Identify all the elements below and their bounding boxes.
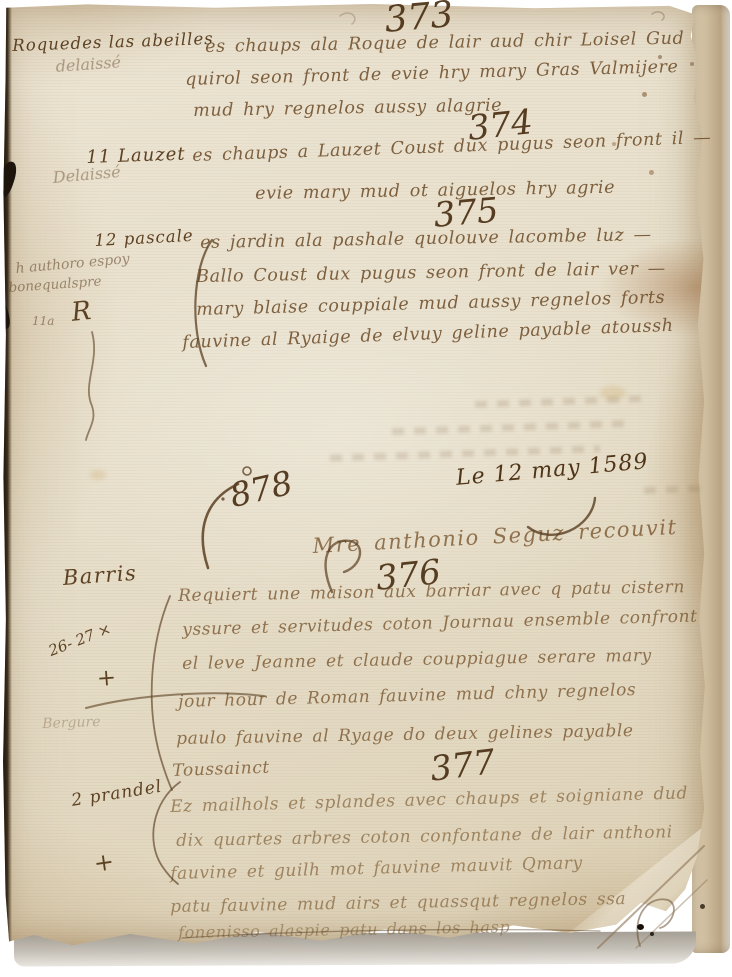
manuscript-line: Toussainct: [172, 758, 270, 781]
margin-initial: R: [70, 296, 93, 328]
stain: [600, 386, 626, 400]
margin-note: 11a: [32, 314, 54, 328]
margin-note: Bergure: [42, 714, 101, 732]
binding-edge: [2, 3, 12, 951]
ink-spot: [700, 904, 705, 909]
stain: [90, 470, 106, 480]
fox-spot: [649, 170, 654, 175]
ink-spot: [650, 932, 654, 936]
fox-spot: [612, 142, 616, 146]
entry-number: 377: [428, 742, 497, 790]
fox-spot: [642, 92, 647, 97]
ink-spot: [637, 924, 644, 930]
cross-mark: +: [92, 847, 116, 878]
cross-mark: +: [96, 665, 117, 692]
manuscript-scan: 373 Roquedes las abeilles delaissé es ch…: [0, 0, 732, 977]
fox-spot: [658, 55, 662, 59]
fox-spot: [690, 62, 694, 66]
